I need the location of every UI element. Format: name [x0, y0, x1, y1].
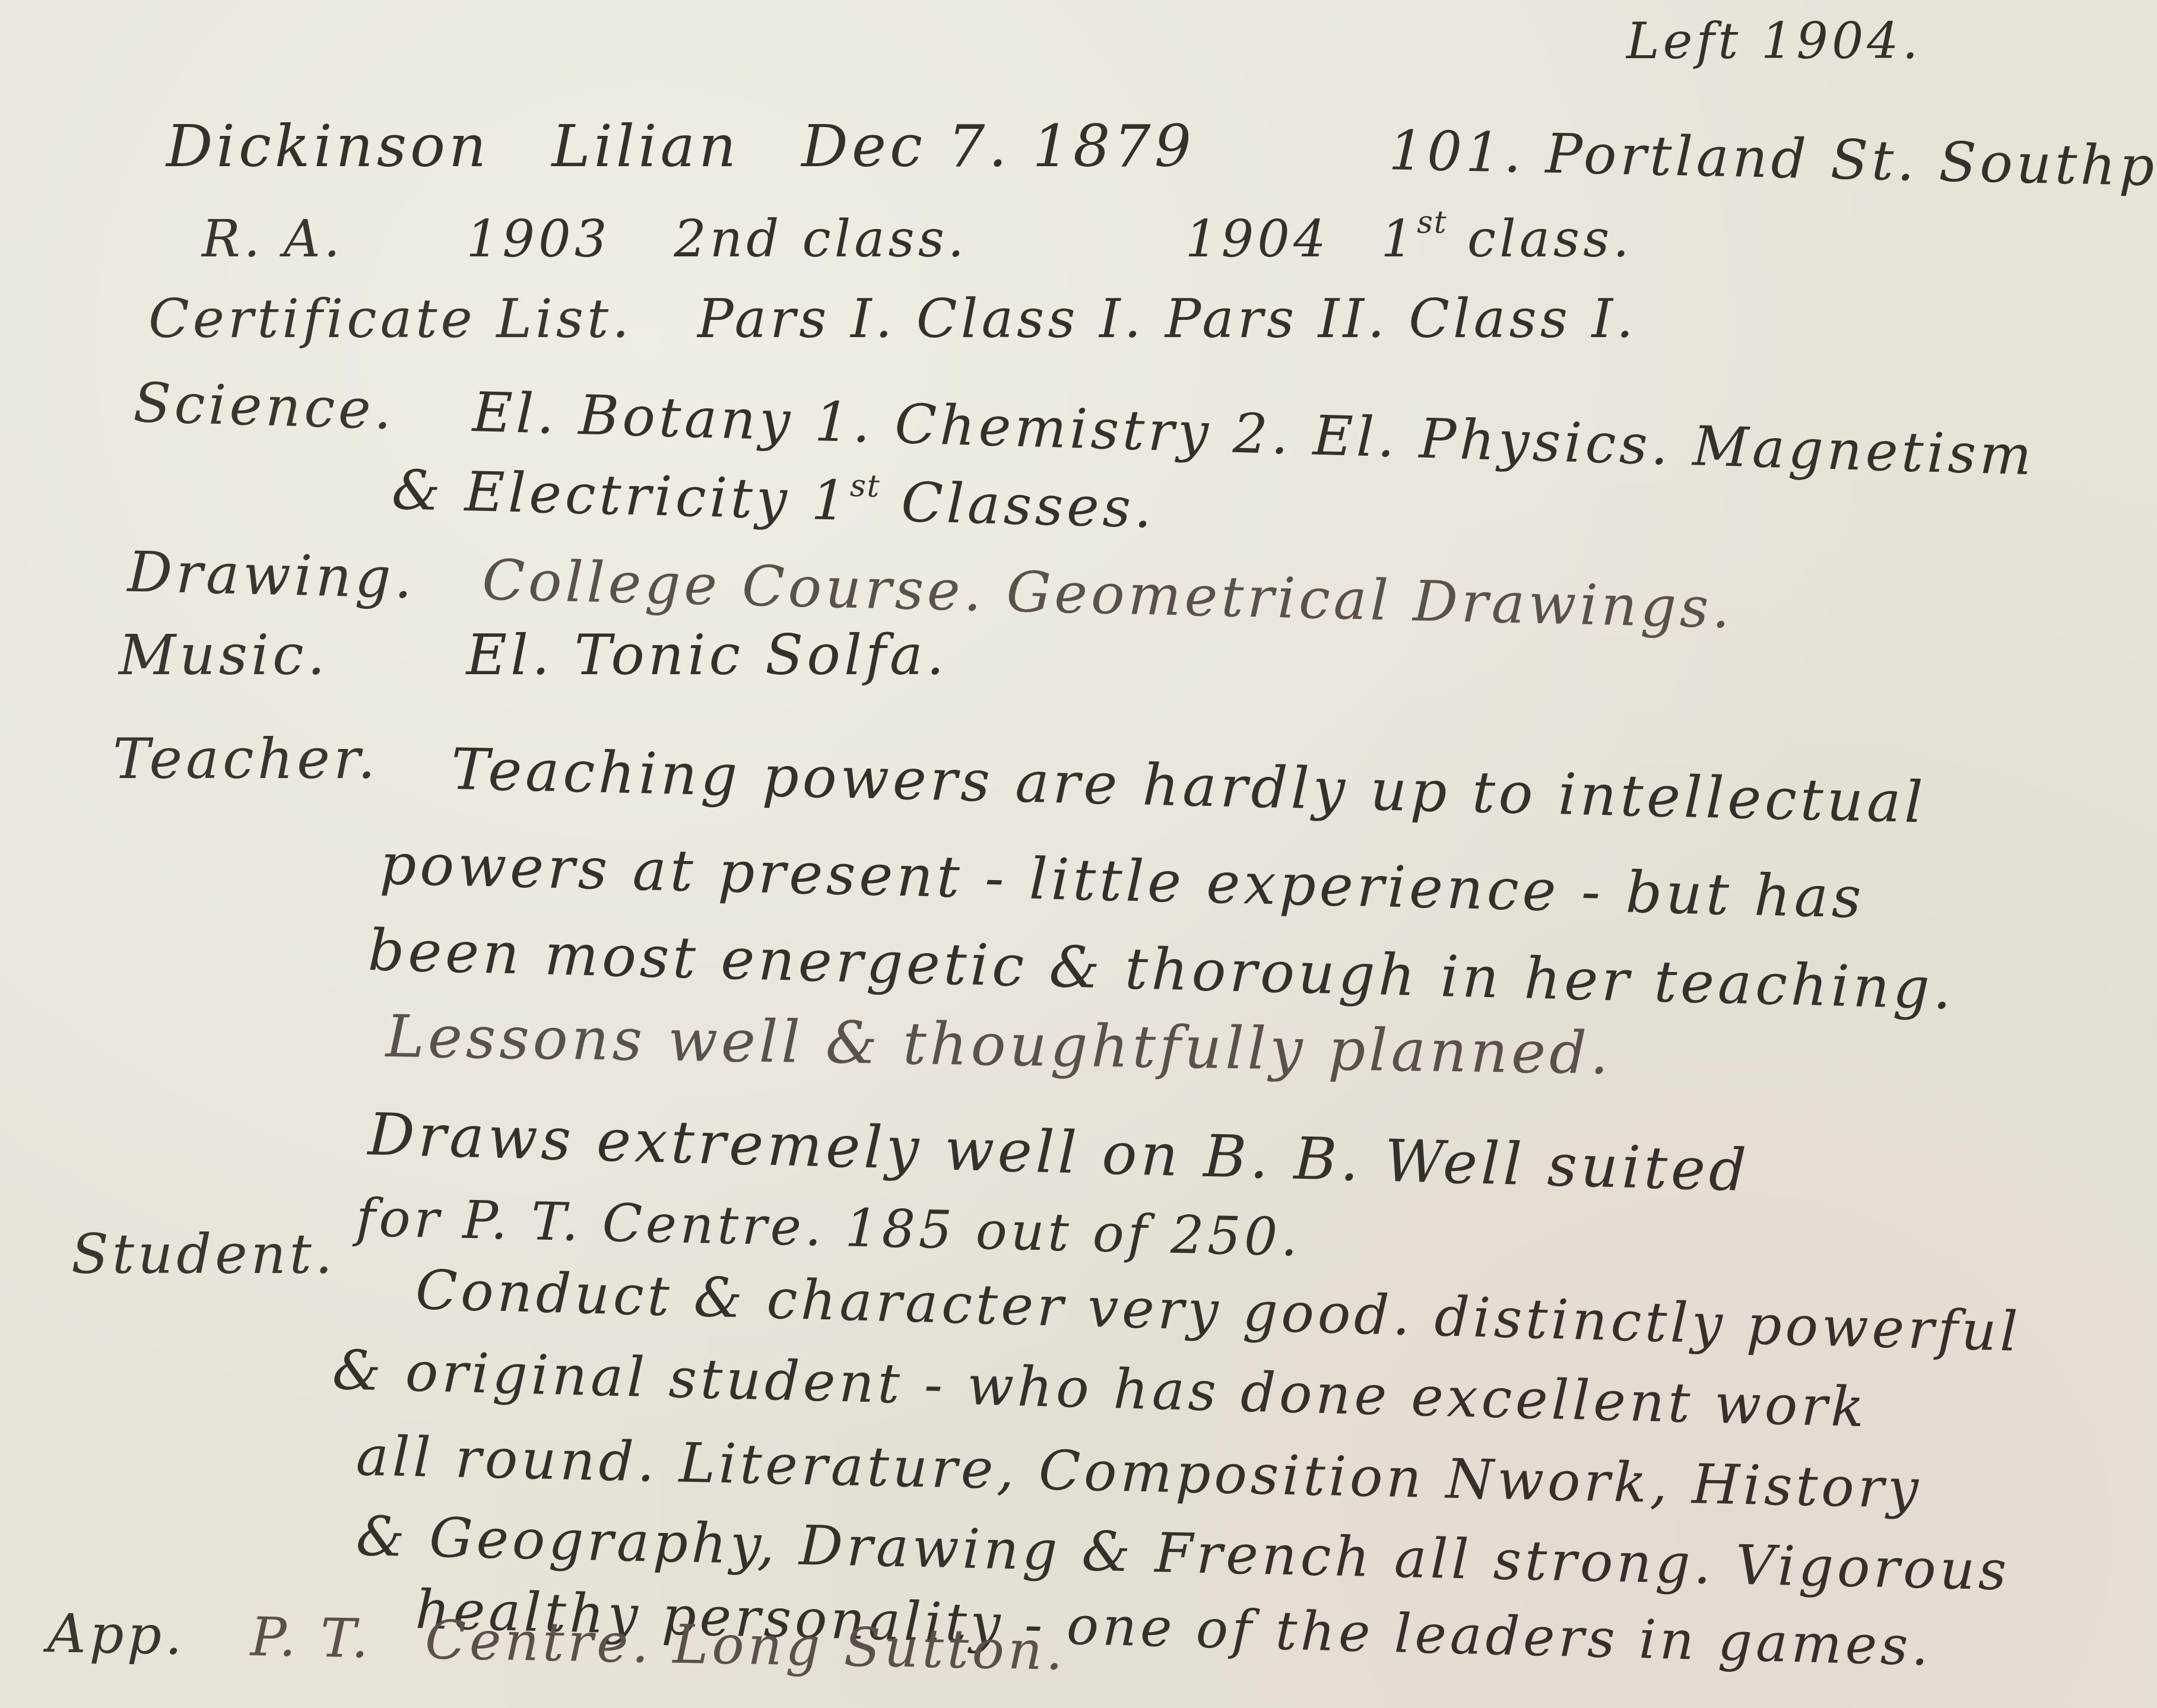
exam-result-2-text: class.	[1467, 209, 1633, 269]
exam-results-line: R. A. 1903 2nd class. 1904 1st class.	[202, 205, 1633, 269]
student-report-label: Student.	[71, 1223, 336, 1286]
appointment-label: App.	[47, 1602, 186, 1667]
teacher-comment-line-5: Draws extremely well on B. B. Well suite…	[367, 1101, 1751, 1205]
left-date-note: Left 1904.	[1626, 12, 1922, 70]
record-card-page: Left 1904. Dickinson Lilian Dec 7. 1879 …	[0, 0, 2157, 1708]
student-name-line: Dickinson Lilian Dec 7. 1879	[166, 113, 1195, 180]
teacher-comment-line-4: Lessons well & thoughtfully planned.	[385, 1003, 1613, 1088]
student-birth-date: Dec 7. 1879	[801, 113, 1195, 180]
student-forename: Lilian	[551, 113, 740, 180]
appointment-pt: P. T.	[250, 1606, 373, 1671]
teacher-comment-line-6: for P. T. Centre. 185 out of 250.	[356, 1187, 1302, 1268]
science-subjects-2: & Electricity 1	[391, 458, 851, 533]
science-subjects-2-post: Classes.	[900, 471, 1156, 540]
appointment-place: Centre. Long Sutton.	[424, 1609, 1067, 1682]
certificate-value: Pars I. Class I. Pars II. Class I.	[697, 288, 1637, 350]
exam-year-2: 1904	[1185, 209, 1330, 269]
teacher-label: Teacher.	[113, 727, 379, 792]
certificate-label: Certificate List.	[148, 288, 633, 350]
science-sup: st	[849, 468, 881, 504]
music-line: Music. El. Tonic Solfa.	[119, 623, 948, 688]
science-line-2: & Electricity 1st Classes.	[391, 457, 1156, 540]
exam-result-1: 2nd class.	[674, 209, 968, 269]
music-value: El. Tonic Solfa.	[466, 623, 947, 688]
exam-label: R. A.	[202, 209, 344, 269]
exam-result-2-num: 1	[1381, 209, 1417, 269]
student-comment-line-3: all round. Literature, Composition Nwork…	[356, 1424, 1923, 1520]
exam-year-1: 1903	[467, 209, 611, 269]
teacher-comment-line-2: powers at present - little experience - …	[379, 831, 1866, 931]
music-label: Music.	[119, 623, 329, 688]
science-label: Science.	[133, 371, 396, 442]
teacher-comment-line-1: Teaching powers are hardly up to intelle…	[451, 736, 1927, 836]
certificate-line: Certificate List. Pars I. Class I. Pars …	[148, 288, 1637, 350]
drawing-label: Drawing.	[127, 540, 417, 611]
student-surname: Dickinson	[166, 113, 490, 180]
exam-result-2-sup: st	[1417, 205, 1448, 240]
student-address: 101. Portland St. Southport.	[1388, 119, 2157, 201]
